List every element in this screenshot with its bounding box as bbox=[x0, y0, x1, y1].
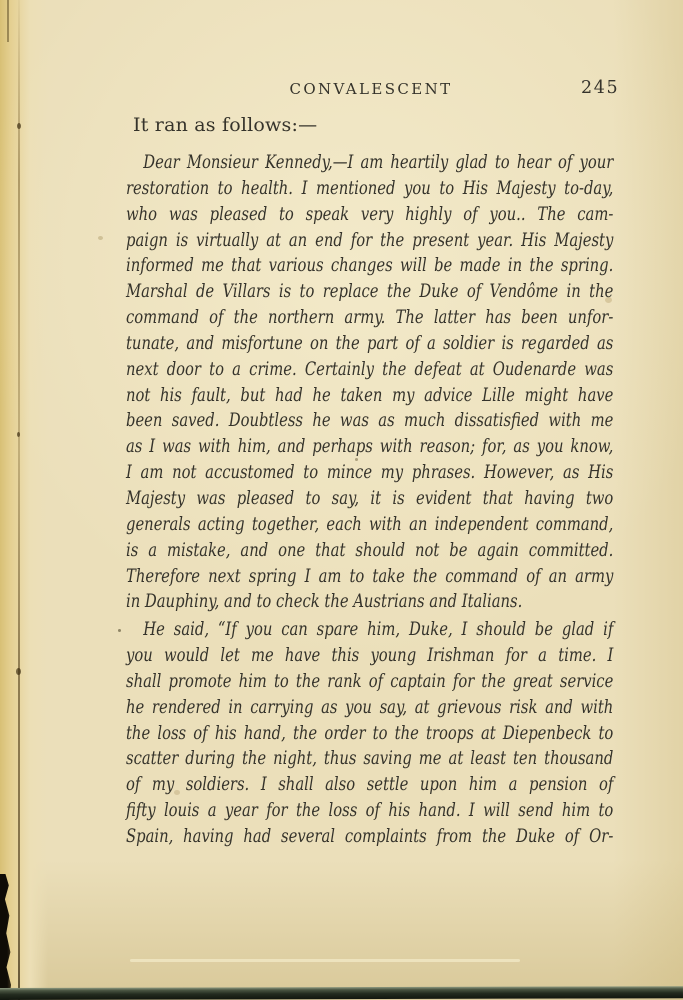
letter-line: who was pleased to speak very highly of … bbox=[126, 202, 613, 228]
letter-line: he rendered in carrying as you say, at g… bbox=[126, 695, 613, 721]
letter-line: next door to a crime. Certainly the defe… bbox=[126, 357, 613, 383]
letter-line: scatter during the night, thus saving me… bbox=[126, 746, 613, 772]
letter-line: as I was with him, and perhaps with reas… bbox=[126, 434, 613, 460]
letter-line: paign is virtually at an end for the pre… bbox=[126, 228, 613, 254]
letter-line: Spain, having had several complaints fro… bbox=[126, 824, 613, 850]
letter-line: I am not accustomed to mince my phrases.… bbox=[126, 460, 613, 486]
intro-line: It ran as follows:— bbox=[133, 114, 553, 136]
letter-line: He said, “If you can spare him, Duke, I … bbox=[126, 617, 613, 643]
letter-line: you would let me have this young Irishma… bbox=[126, 643, 613, 669]
scan-streak bbox=[130, 959, 520, 962]
letter-line: Majesty was pleased to say, it is eviden… bbox=[126, 486, 613, 512]
paper-speck bbox=[16, 668, 21, 675]
letter-line: Dear Monsieur Kennedy,—I am heartily gla… bbox=[126, 150, 613, 176]
letter-line: is a mistake, and one that should not be… bbox=[126, 538, 613, 564]
letter-line: been saved. Doubtless he was as much dis… bbox=[126, 408, 613, 434]
letter-line: the loss of his hand, the order to the t… bbox=[126, 721, 613, 747]
book-edge-left bbox=[0, 874, 13, 1000]
letter-line: Therefore next spring I am to take the c… bbox=[126, 564, 613, 590]
book-edge-bottom bbox=[0, 986, 683, 1000]
letter-line: generals acting together, each with an i… bbox=[126, 512, 613, 538]
paper-speck bbox=[17, 432, 20, 437]
letter-line: command of the northern army. The latter… bbox=[126, 305, 613, 331]
letter-line: informed me that various changes will be… bbox=[126, 253, 613, 279]
paper-speck bbox=[174, 790, 180, 795]
letter-line: fifty louis a year for the loss of his h… bbox=[126, 798, 613, 824]
letter-line: restoration to health. I mentioned you t… bbox=[126, 176, 613, 202]
letter-paragraph-2: He said, “If you can spare him, Duke, I … bbox=[126, 617, 613, 850]
letter-line: in Dauphiny, and to check the Austrians … bbox=[126, 589, 613, 615]
letter-line: tunate, and misfortune on the part of a … bbox=[126, 331, 613, 357]
page-number: 245 bbox=[581, 78, 619, 98]
paper-speck bbox=[17, 123, 21, 129]
paper-speck bbox=[355, 458, 358, 461]
book-page-scan: CONVALESCENT 245 It ran as follows:— Dea… bbox=[0, 0, 683, 1000]
letter-body: Dear Monsieur Kennedy,—I am heartily gla… bbox=[126, 150, 613, 850]
letter-line: not his fault, but had he taken my advic… bbox=[126, 383, 613, 409]
paper-speck bbox=[98, 236, 103, 240]
letter-line: of my soldiers. I shall also settle upon… bbox=[126, 772, 613, 798]
letter-line: Marshal de Villars is to replace the Duk… bbox=[126, 279, 613, 305]
page-fold-crease bbox=[18, 0, 20, 1000]
letter-paragraph-1: Dear Monsieur Kennedy,—I am heartily gla… bbox=[126, 150, 613, 615]
paper-speck bbox=[118, 629, 121, 632]
page-edge-mark bbox=[7, 0, 9, 42]
paper-speck bbox=[605, 297, 612, 303]
running-header-title: CONVALESCENT bbox=[289, 80, 452, 98]
running-header: CONVALESCENT 245 bbox=[0, 80, 683, 102]
letter-line: shall promote him to the rank of captain… bbox=[126, 669, 613, 695]
